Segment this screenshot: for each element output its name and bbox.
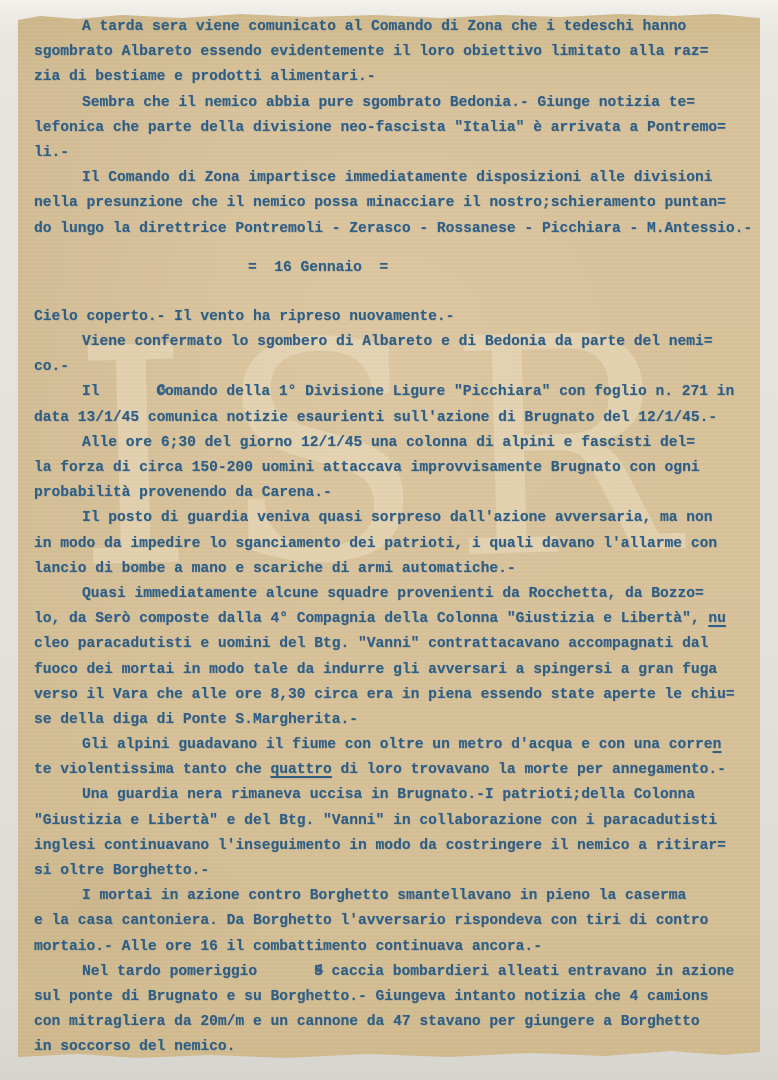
document-line: la forza di circa 150-200 uomini attacca… (34, 456, 754, 481)
document-line: Il Comando di Zona impartisce immediatam… (34, 166, 754, 191)
document-line: lancio di bombe a mano e scariche di arm… (34, 557, 754, 582)
overstruck-char: 5 (266, 960, 323, 985)
text-segment: lancio di bombe a mano e scariche di arm… (34, 561, 516, 577)
text-segment: la forza di circa 150-200 uomini attacca… (34, 460, 700, 476)
text-segment: co.- (34, 359, 69, 375)
text-segment: probabilità provenendo da Carena.- (34, 485, 332, 501)
document-line: nella presunzione che il nemico possa mi… (34, 191, 754, 216)
document-line: Viene confermato lo sgombero di Albareto… (34, 330, 754, 355)
document-line: Il posto di guardia veniva quasi sorpres… (34, 506, 754, 531)
text-segment: Una guardia nera rimaneva uccisa in Brug… (82, 787, 695, 803)
text-segment: = 16 Gennaio = (248, 260, 388, 276)
document-line: zia di bestiame e prodotti alimentari.- (34, 65, 754, 90)
text-segment: Il (82, 384, 108, 400)
text-segment: fuoco dei mortai in modo tale da indurre… (34, 662, 717, 678)
text-segment: con mitragliera da 20m/m e un cannone da… (34, 1014, 700, 1030)
document-line: Il Comando della 1° Divisione Ligure "Pi… (34, 380, 754, 405)
overstruck-char: C (108, 380, 165, 405)
text-segment: inglesi continuavano l'inseguimento in m… (34, 838, 726, 854)
text-segment: I mortai in azione contro Borghetto sman… (82, 888, 686, 904)
document-line: mortaio.- Alle ore 16 il combattimento c… (34, 935, 754, 960)
text-segment: sgombrato Albareto essendo evidentemente… (34, 44, 708, 60)
text-segment: sul ponte di Brugnato e su Borghetto.- G… (34, 989, 708, 1005)
document-line: do lungo la direttrice Pontremoli - Zera… (34, 217, 754, 242)
text-segment: lefonica che parte della divisione neo-f… (34, 120, 726, 136)
document-line: Una guardia nera rimaneva uccisa in Brug… (34, 783, 754, 808)
document-line: data 13/1/45 comunica notizie esaurienti… (34, 406, 754, 431)
document-line: in soccorso del nemico. (34, 1035, 754, 1060)
document-line: lefonica che parte della divisione neo-f… (34, 116, 754, 141)
document-line: in modo da impedire lo sganciamento dei … (34, 532, 754, 557)
document-line: cleo paracadutisti e uomini del Btg. "Va… (34, 632, 754, 657)
text-segment: te violentissima tanto che (34, 762, 270, 778)
document-line: e la casa cantoniera. Da Borghetto l'avv… (34, 909, 754, 934)
document-line: li.- (34, 141, 754, 166)
text-segment: zia di bestiame e prodotti alimentari.- (34, 69, 376, 85)
text-segment: di loro trovavano la morte per annegamen… (332, 762, 726, 778)
text-segment: mortaio.- Alle ore 16 il combattimento c… (34, 939, 542, 955)
document-line: inglesi continuavano l'inseguimento in m… (34, 834, 754, 859)
document-line: se della diga di Ponte S.Margherita.- (34, 708, 754, 733)
text-segment: se della diga di Ponte S.Margherita.- (34, 712, 358, 728)
text-segment: Nel tardo pomeriggio (82, 964, 266, 980)
date-heading: = 16 Gennaio = (34, 256, 754, 281)
underlined-text: quattro (270, 762, 331, 778)
document-line: si oltre Borghetto.- (34, 859, 754, 884)
scan-background: { "colors": { "ink": "#2f5f86", "paper":… (0, 0, 778, 1080)
document-line: Quasi immediatamente alcune squadre prov… (34, 582, 754, 607)
document-line: sgombrato Albareto essendo evidentemente… (34, 40, 754, 65)
text-segment: in modo da impedire lo sganciamento dei … (34, 536, 717, 552)
text-segment: caccia bombardieri alleati entravano in … (323, 964, 735, 980)
document-line: sul ponte di Brugnato e su Borghetto.- G… (34, 985, 754, 1010)
document-line: probabilità provenendo da Carena.- (34, 481, 754, 506)
document-line: co.- (34, 355, 754, 380)
text-segment: do lungo la direttrice Pontremoli - Zera… (34, 221, 752, 237)
document-line: con mitragliera da 20m/m e un cannone da… (34, 1010, 754, 1035)
document-line: Cielo coperto.- Il vento ha ripreso nuov… (34, 305, 754, 330)
text-segment: cleo paracadutisti e uomini del Btg. "Va… (34, 636, 708, 652)
document-line: Gli alpini guadavano il fiume con oltre … (34, 733, 754, 758)
text-segment: Viene confermato lo sgombero di Albareto… (82, 334, 713, 350)
text-segment: in soccorso del nemico. (34, 1039, 235, 1055)
document-line: A tarda sera viene comunicato al Comando… (34, 15, 754, 40)
text-segment: data 13/1/45 comunica notizie esaurienti… (34, 410, 717, 426)
text-segment: Cielo coperto.- Il vento ha ripreso nuov… (34, 309, 454, 325)
document-line: Nel tardo pomeriggio 5 caccia bombardier… (34, 960, 754, 985)
document-line: I mortai in azione contro Borghetto sman… (34, 884, 754, 909)
text-segment: Il posto di guardia veniva quasi sorpres… (82, 510, 713, 526)
text-segment: nella presunzione che il nemico possa mi… (34, 195, 726, 211)
text-segment: verso il Vara che alle ore 8,30 circa er… (34, 687, 735, 703)
document-line: te violentissima tanto che quattro di lo… (34, 758, 754, 783)
document-page: ISR A tarda sera viene comunicato al Com… (18, 13, 760, 1059)
text-segment: A tarda sera viene comunicato al Comando… (82, 19, 686, 35)
document-body: A tarda sera viene comunicato al Comando… (34, 15, 754, 1061)
text-segment: Il Comando di Zona impartisce immediatam… (82, 170, 713, 186)
document-line: fuoco dei mortai in modo tale da indurre… (34, 658, 754, 683)
text-segment: Alle ore 6;30 del giorno 12/1/45 una col… (82, 435, 695, 451)
document-line: Alle ore 6;30 del giorno 12/1/45 una col… (34, 431, 754, 456)
document-line: "Giustizia e Libertà" e del Btg. "Vanni"… (34, 809, 754, 834)
text-segment: Sembra che il nemico abbia pure sgombrat… (82, 95, 695, 111)
underlined-text: n (713, 737, 722, 753)
underlined-text: nu (708, 611, 726, 627)
text-segment: omando della 1° Divisione Ligure "Picchi… (165, 384, 734, 400)
text-segment: "Giustizia e Libertà" e del Btg. "Vanni"… (34, 813, 717, 829)
document-line: lo, da Serò composte dalla 4° Compagnia … (34, 607, 754, 632)
document-line: Sembra che il nemico abbia pure sgombrat… (34, 91, 754, 116)
text-segment: li.- (34, 145, 69, 161)
text-segment: si oltre Borghetto.- (34, 863, 209, 879)
text-segment: Gli alpini guadavano il fiume con oltre … (82, 737, 713, 753)
text-segment: Quasi immediatamente alcune squadre prov… (82, 586, 704, 602)
text-segment: lo, da Serò composte dalla 4° Compagnia … (34, 611, 708, 627)
text-segment: e la casa cantoniera. Da Borghetto l'avv… (34, 913, 708, 929)
document-line: verso il Vara che alle ore 8,30 circa er… (34, 683, 754, 708)
